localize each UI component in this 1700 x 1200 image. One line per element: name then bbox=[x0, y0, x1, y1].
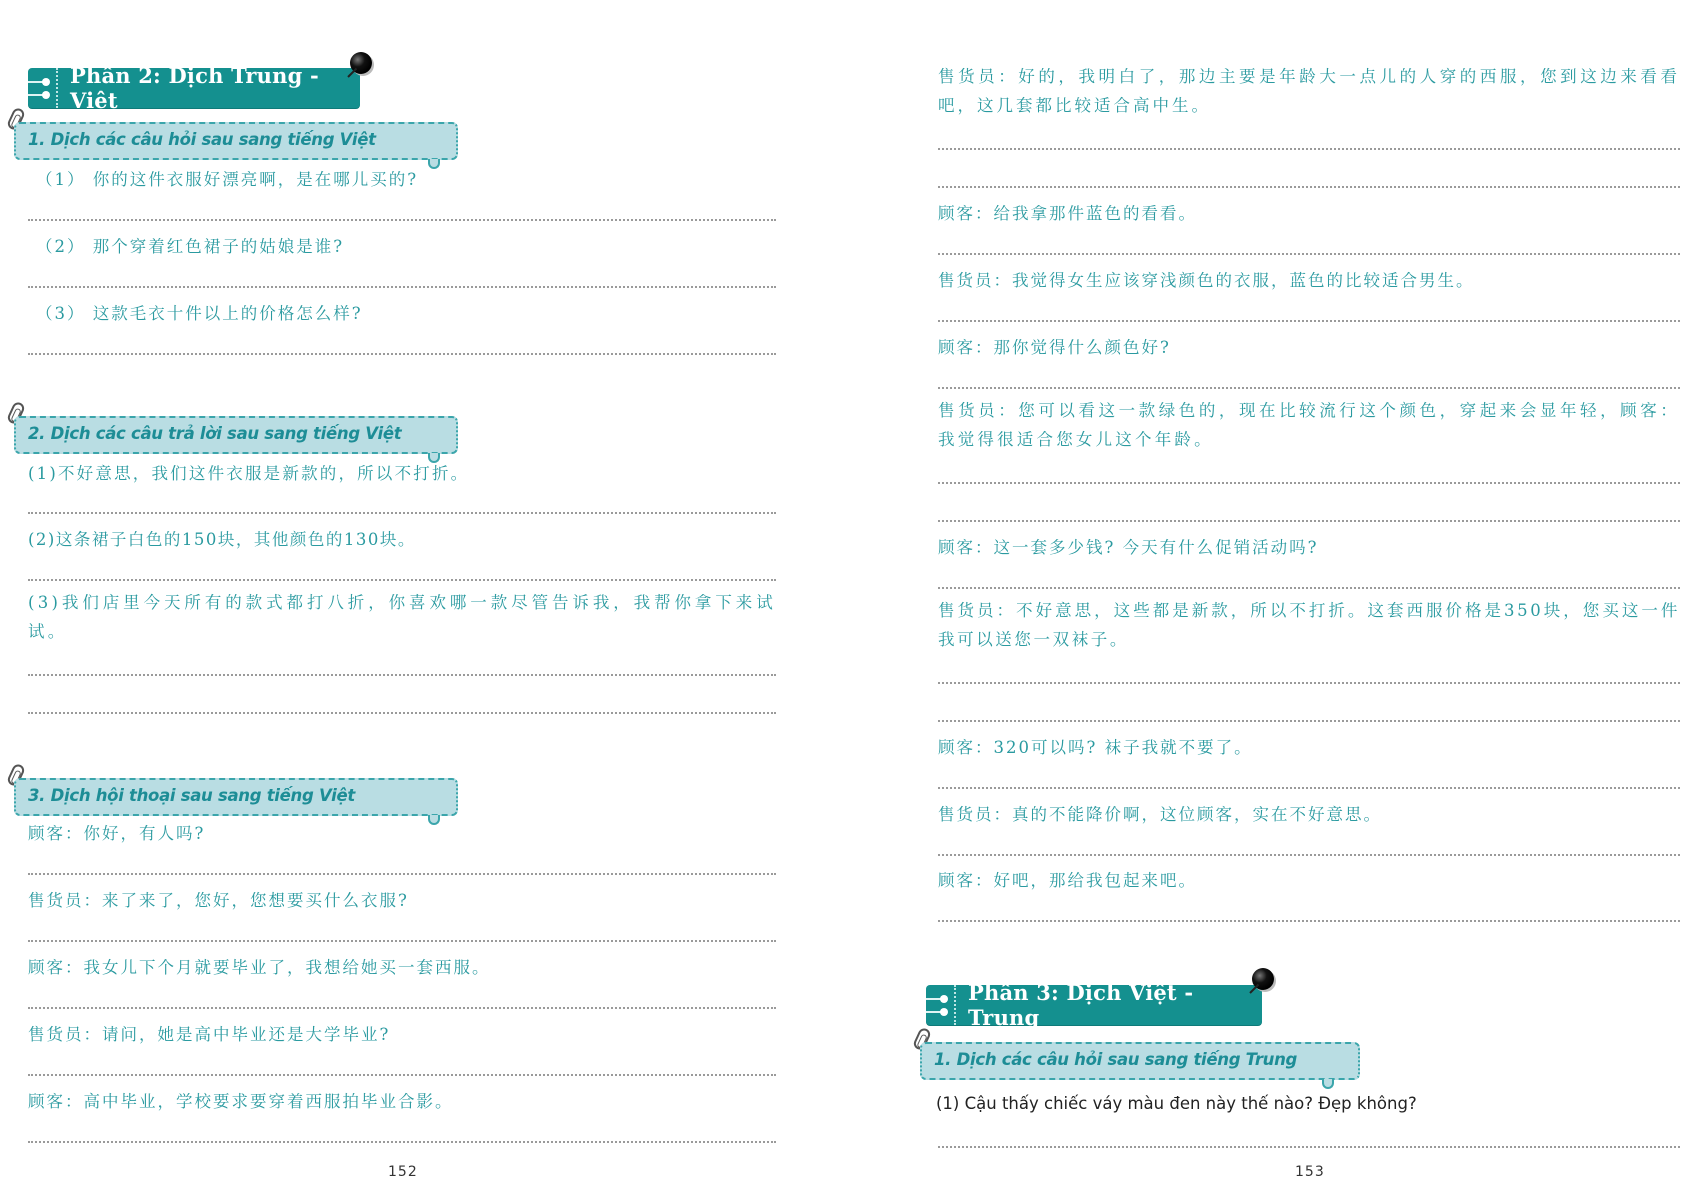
answer-line[interactable] bbox=[28, 1141, 776, 1143]
answer-line[interactable] bbox=[938, 253, 1680, 255]
dialogue-line: 顾客：这一套多少钱? 今天有什么促销活动吗? bbox=[938, 534, 1318, 558]
part-title: Phần 2: Dịch Trung - Việt bbox=[70, 63, 360, 113]
dialogue-line: 顾客：高中毕业，学校要求要穿着西服拍毕业合影。 bbox=[28, 1088, 454, 1112]
part-2-header: Phần 2: Dịch Trung - Việt bbox=[28, 68, 360, 108]
answer-line[interactable] bbox=[28, 579, 776, 581]
dialogue-line: 售货员：不好意思，这些都是新款，所以不打折。这套西服价格是350块，您买这一件我… bbox=[938, 596, 1680, 654]
answer-line[interactable] bbox=[28, 674, 776, 676]
question-3: （3） 这款毛衣十件以上的价格怎么样? bbox=[36, 300, 363, 324]
section-title-text: 1. Dịch các câu hỏi sau sang tiếng Trung bbox=[934, 1050, 1297, 1069]
answer-line[interactable] bbox=[938, 186, 1680, 188]
answer-line[interactable] bbox=[28, 712, 776, 714]
answer-line[interactable] bbox=[28, 1074, 776, 1076]
dialogue-line: 售货员：您可以看这一款绿色的，现在比较流行这个颜色，穿起来会显年轻，顾客：我觉得… bbox=[938, 396, 1680, 454]
answer-line[interactable] bbox=[938, 148, 1680, 150]
answer-line[interactable] bbox=[28, 873, 776, 875]
answer-line[interactable] bbox=[938, 1146, 1680, 1148]
answer-line[interactable] bbox=[938, 682, 1680, 684]
section-1-title-vt: 1. Dịch các câu hỏi sau sang tiếng Trung bbox=[920, 1042, 1360, 1080]
answer-line[interactable] bbox=[938, 320, 1680, 322]
pushpin-icon bbox=[346, 52, 372, 78]
page-number: 152 bbox=[388, 1164, 418, 1180]
dialogue-line: 顾客：好吧，那给我包起来吧。 bbox=[938, 867, 1197, 891]
dialogue-line: 售货员：真的不能降价啊，这位顾客，实在不好意思。 bbox=[938, 801, 1382, 825]
answer-line[interactable] bbox=[28, 512, 776, 514]
answer-line[interactable] bbox=[28, 286, 776, 288]
answer-2: (2)这条裙子白色的150块，其他颜色的130块。 bbox=[28, 526, 416, 550]
section-2-title: 2. Dịch các câu trả lời sau sang tiếng V… bbox=[14, 416, 458, 454]
dialogue-line: 顾客：那你觉得什么颜色好? bbox=[938, 334, 1171, 358]
dialogue-line: 顾客：你好，有人吗? bbox=[28, 820, 205, 844]
section-1-title: 1. Dịch các câu hỏi sau sang tiếng Việt bbox=[14, 122, 458, 160]
answer-line[interactable] bbox=[938, 520, 1680, 522]
answer-line[interactable] bbox=[938, 854, 1680, 856]
answer-line[interactable] bbox=[938, 387, 1680, 389]
answer-line[interactable] bbox=[938, 587, 1680, 589]
answer-line[interactable] bbox=[28, 1007, 776, 1009]
network-icon bbox=[28, 68, 58, 108]
network-icon bbox=[926, 985, 956, 1025]
answer-line[interactable] bbox=[28, 940, 776, 942]
question-1-vt: (1) Cậu thấy chiếc váy màu đen này thế n… bbox=[936, 1094, 1417, 1113]
dialogue-line: 售货员：来了来了，您好，您想要买什么衣服? bbox=[28, 887, 409, 911]
section-3-title: 3. Dịch hội thoại sau sang tiếng Việt bbox=[14, 778, 458, 816]
pushpin-icon bbox=[1248, 968, 1274, 994]
dialogue-line: 售货员：请问，她是高中毕业还是大学毕业? bbox=[28, 1021, 390, 1045]
dialogue-line: 售货员：好的，我明白了，那边主要是年龄大一点儿的人穿的西服，您到这边来看看吧，这… bbox=[938, 62, 1680, 120]
part-title: Phần 3: Dịch Việt - Trung bbox=[968, 980, 1262, 1030]
dialogue-line: 售货员：我觉得女生应该穿浅颜色的衣服，蓝色的比较适合男生。 bbox=[938, 267, 1475, 291]
question-2: （2） 那个穿着红色裙子的姑娘是谁? bbox=[36, 233, 344, 257]
right-page: 售货员：好的，我明白了，那边主要是年龄大一点儿的人穿的西服，您到这边来看看吧，这… bbox=[850, 0, 1700, 1200]
left-page: Phần 2: Dịch Trung - Việt 1. Dịch các câ… bbox=[0, 0, 850, 1200]
part-3-header: Phần 3: Dịch Việt - Trung bbox=[926, 985, 1262, 1025]
answer-line[interactable] bbox=[938, 920, 1680, 922]
answer-line[interactable] bbox=[28, 353, 776, 355]
dialogue-line: 顾客：我女儿下个月就要毕业了，我想给她买一套西服。 bbox=[28, 954, 491, 978]
answer-line[interactable] bbox=[938, 482, 1680, 484]
answer-line[interactable] bbox=[938, 720, 1680, 722]
answer-line[interactable] bbox=[938, 787, 1680, 789]
question-1: （1） 你的这件衣服好漂亮啊，是在哪儿买的? bbox=[36, 166, 418, 190]
dialogue-line: 顾客：给我拿那件蓝色的看看。 bbox=[938, 200, 1197, 224]
dialogue-line: 顾客：320可以吗? 袜子我就不要了。 bbox=[938, 734, 1253, 758]
section-title-text: 3. Dịch hội thoại sau sang tiếng Việt bbox=[28, 786, 355, 805]
answer-1: (1)不好意思，我们这件衣服是新款的，所以不打折。 bbox=[28, 460, 469, 484]
section-title-text: 1. Dịch các câu hỏi sau sang tiếng Việt bbox=[28, 130, 376, 149]
answer-3: (3)我们店里今天所有的款式都打八折，你喜欢哪一款尽管告诉我，我帮你拿下来试试。 bbox=[28, 588, 776, 646]
section-title-text: 2. Dịch các câu trả lời sau sang tiếng V… bbox=[28, 424, 401, 443]
page-number: 153 bbox=[1295, 1164, 1325, 1180]
answer-line[interactable] bbox=[28, 219, 776, 221]
